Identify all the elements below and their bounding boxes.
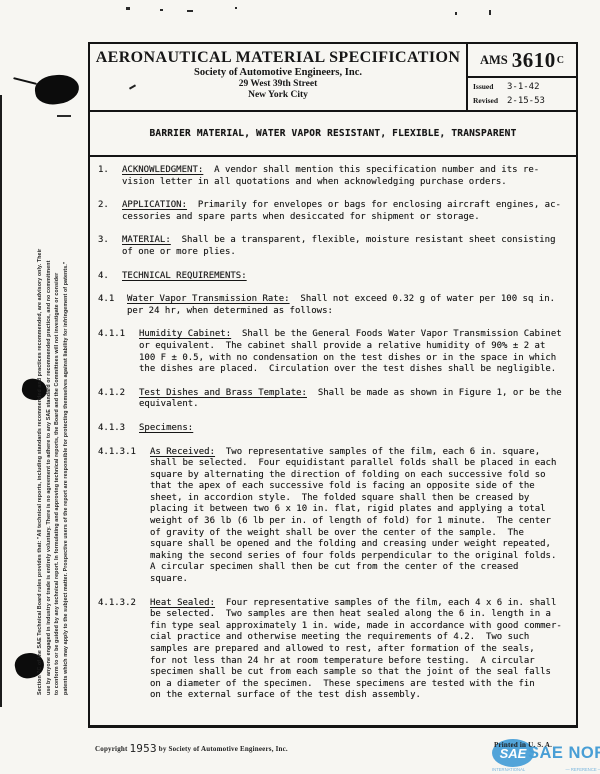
revised-label: Revised — [473, 94, 507, 108]
copyright-label: Copyright — [95, 745, 128, 753]
org-name: Society of Automotive Engineers, Inc. — [90, 67, 466, 79]
spec-series-title: AERONAUTICAL MATERIAL SPECIFICATION — [90, 48, 466, 67]
doc-number: 3610 — [512, 48, 556, 73]
section-number: 4.1.2 — [98, 388, 139, 411]
ink-speck — [187, 10, 193, 12]
section-heat-sealed: 4.1.3.2 Heat Sealed: Four representative… — [98, 598, 570, 702]
watermark-sub-right: — REFERENCE — — [565, 767, 600, 772]
doc-revision-letter: C — [557, 55, 564, 66]
section-label: Test Dishes and Brass Template: — [139, 388, 307, 398]
section-text: APPLICATION: Primarily for envelopes or … — [122, 200, 570, 223]
copyright-holder: by Society of Automotive Engineers, Inc. — [159, 745, 288, 753]
revised-date: 2-15-53 — [507, 94, 545, 108]
doc-title-block: BARRIER MATERIAL, WATER VAPOR RESISTANT,… — [90, 112, 576, 157]
section-text: As Received: Two representative samples … — [150, 447, 570, 586]
section-label: Heat Sealed: — [150, 598, 215, 608]
doc-title: BARRIER MATERIAL, WATER VAPOR RESISTANT,… — [149, 128, 516, 139]
doc-prefix: AMS — [480, 53, 508, 68]
section-label: TECHNICAL REQUIREMENTS: — [122, 271, 247, 281]
section-number: 4.1.3.2 — [98, 598, 150, 702]
copyright-year: 1953 — [129, 742, 156, 755]
section-text: Heat Sealed: Four representative samples… — [150, 598, 570, 702]
section-label: Humidity Cabinet: — [139, 329, 231, 339]
issued-date: 3-1-42 — [507, 80, 540, 94]
section-text: ACKNOWLEDGMENT: A vendor shall mention t… — [122, 165, 570, 188]
section-text: MATERIAL: Shall be a transparent, flexib… — [122, 235, 570, 258]
section-text: Humidity Cabinet: Shall be the General F… — [139, 329, 570, 375]
section-text: Water Vapor Transmission Rate: Shall not… — [127, 294, 570, 317]
section-label: ACKNOWLEDGMENT: — [122, 165, 203, 175]
rules-notice-line: patents which may apply to the subject m… — [62, 95, 71, 695]
rules-notice-line: Section 7C of the SAE Technical Board ru… — [36, 95, 45, 695]
section-technical-requirements: 4. TECHNICAL REQUIREMENTS: — [98, 271, 570, 283]
section-test-dishes: 4.1.2 Test Dishes and Brass Template: Sh… — [98, 388, 570, 411]
section-number: 4. — [98, 271, 122, 283]
section-material: 3. MATERIAL: Shall be a transparent, fle… — [98, 235, 570, 258]
section-rest: Primarily for envelopes or bags for encl… — [122, 200, 561, 222]
ink-speck — [489, 10, 491, 15]
section-water-vapor-rate: 4.1 Water Vapor Transmission Rate: Shall… — [98, 294, 570, 317]
scan-edge-line — [0, 95, 2, 707]
section-label: Water Vapor Transmission Rate: — [127, 294, 290, 304]
ink-speck — [235, 7, 237, 9]
ink-speck — [126, 7, 130, 10]
section-number: 1. — [98, 165, 122, 188]
section-number: 3. — [98, 235, 122, 258]
ink-smudge — [13, 77, 37, 85]
section-text: TECHNICAL REQUIREMENTS: — [122, 271, 570, 283]
section-number: 4.1.3.1 — [98, 447, 150, 586]
copyright-line: Copyright 1953 by Society of Automotive … — [95, 742, 288, 755]
org-address-street: 29 West 39th Street — [90, 79, 466, 90]
doc-number-cell: AMS 3610 C — [468, 44, 576, 78]
printed-in-usa: Printed in U. S. A. — [494, 741, 552, 749]
section-text: Test Dishes and Brass Template: Shall be… — [139, 388, 570, 411]
rules-notice-line: use by anyone engaged in industry or tra… — [45, 95, 54, 695]
watermark-sub-left: INTERNATIONAL — [492, 767, 525, 772]
section-number: 4.1.3 — [98, 423, 139, 435]
doc-dates-cell: Issued 3-1-42 Revised 2-15-53 — [468, 78, 576, 110]
section-rest: Shall be a transparent, flexible, moistu… — [122, 235, 556, 257]
issued-label: Issued — [473, 80, 507, 94]
letterhead-center: AERONAUTICAL MATERIAL SPECIFICATION Soci… — [90, 44, 466, 110]
section-rest: Four representative samples of the film,… — [150, 598, 562, 701]
ink-speck — [160, 9, 163, 11]
section-label: Specimens: — [139, 423, 193, 433]
section-number: 4.1 — [98, 294, 127, 317]
sidebar-rules-notice: Section 7C of the SAE Technical Board ru… — [33, 95, 79, 695]
section-label: As Received: — [150, 447, 215, 457]
spec-body: 1. ACKNOWLEDGMENT: A vendor shall mentio… — [90, 157, 576, 725]
section-number: 4.1.1 — [98, 329, 139, 375]
specification-sheet: AERONAUTICAL MATERIAL SPECIFICATION Soci… — [88, 42, 578, 728]
section-rest: Two representative samples of the film, … — [150, 447, 556, 585]
section-humidity-cabinet: 4.1.1 Humidity Cabinet: Shall be the Gen… — [98, 329, 570, 375]
section-label: MATERIAL: — [122, 235, 171, 245]
doc-number-panel: AMS 3610 C Issued 3-1-42 Revised 2-15-53 — [466, 44, 576, 110]
section-application: 2. APPLICATION: Primarily for envelopes … — [98, 200, 570, 223]
section-text: Specimens: — [139, 423, 570, 435]
section-number: 2. — [98, 200, 122, 223]
ink-speck — [455, 12, 457, 15]
section-acknowledgment: 1. ACKNOWLEDGMENT: A vendor shall mentio… — [98, 165, 570, 188]
section-label: APPLICATION: — [122, 200, 187, 210]
section-as-received: 4.1.3.1 As Received: Two representative … — [98, 447, 570, 586]
section-specimens: 4.1.3 Specimens: — [98, 423, 570, 435]
rules-notice-line: to conform to or be guided by any techni… — [53, 95, 62, 695]
letterhead: AERONAUTICAL MATERIAL SPECIFICATION Soci… — [90, 44, 576, 112]
org-address-city: New York City — [90, 90, 466, 101]
